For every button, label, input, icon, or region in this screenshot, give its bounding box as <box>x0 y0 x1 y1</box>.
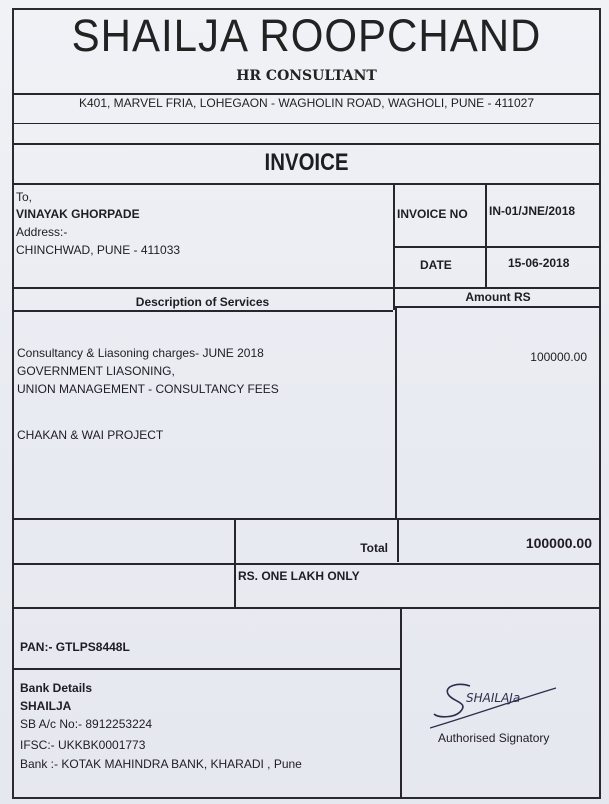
description-line: Consultancy & Liasoning charges- JUNE 20… <box>17 346 264 360</box>
authorised-signatory: Authorised Signatory <box>438 731 549 745</box>
to-label: To, <box>16 190 32 204</box>
divider <box>12 287 601 289</box>
designation: HR CONSULTANT <box>12 68 601 84</box>
company-name: SHAILJA ROOPCHAND <box>12 10 601 62</box>
total-label: Total <box>236 541 388 555</box>
invoice-no-label: INVOICE NO <box>397 207 468 221</box>
description-line: GOVERNMENT LIASONING, <box>17 364 175 378</box>
divider <box>12 518 601 520</box>
divider <box>12 183 601 185</box>
svg-text:SHAILAJa: SHAILAJa <box>466 691 520 705</box>
divider <box>12 123 601 124</box>
invoice-title: INVOICE <box>56 149 557 177</box>
bank-details-title: Bank Details <box>20 681 92 695</box>
pan-number: PAN:- GTLPS8448L <box>20 640 130 654</box>
date-value: 15-06-2018 <box>508 256 569 270</box>
divider <box>395 306 397 518</box>
divider <box>393 246 601 248</box>
amount-in-words: RS. ONE LAKH ONLY <box>238 569 360 583</box>
divider <box>397 518 399 562</box>
recipient-address: CHINCHWAD, PUNE - 411033 <box>16 243 180 257</box>
total-amount: 100000.00 <box>400 535 592 551</box>
description-line: UNION MANAGEMENT - CONSULTANCY FEES <box>17 382 279 396</box>
recipient-name: VINAYAK GHORPADE <box>16 207 140 221</box>
bank-name: Bank :- KOTAK MAHINDRA BANK, KHARADI , P… <box>20 757 302 771</box>
divider <box>12 310 393 312</box>
divider <box>12 563 601 565</box>
ifsc-code: IFSC:- UKKBK0001773 <box>20 738 145 752</box>
divider <box>485 183 487 287</box>
company-address: K401, MARVEL FRIA, LOHEGAON - WAGHOLIN R… <box>12 96 601 110</box>
line-amount: 100000.00 <box>400 350 587 364</box>
description-header: Description of Services <box>12 295 393 309</box>
signature-icon: SHAILAJa <box>430 672 570 732</box>
account-number: SB A/c No:- 8912253224 <box>20 717 152 731</box>
divider <box>400 607 402 799</box>
divider <box>393 306 601 308</box>
divider <box>12 93 601 95</box>
description-line: CHAKAN & WAI PROJECT <box>17 428 163 442</box>
divider <box>12 607 601 609</box>
date-label: DATE <box>420 258 452 272</box>
divider <box>12 143 601 145</box>
amount-header: Amount RS <box>395 290 601 304</box>
account-name: SHAILJA <box>20 699 71 713</box>
divider <box>12 668 401 670</box>
invoice-no-value: IN-01/JNE/2018 <box>489 204 575 218</box>
address-label: Address:- <box>16 225 67 239</box>
invoice-page: SHAILJA ROOPCHAND HR CONSULTANT K401, MA… <box>0 0 609 804</box>
